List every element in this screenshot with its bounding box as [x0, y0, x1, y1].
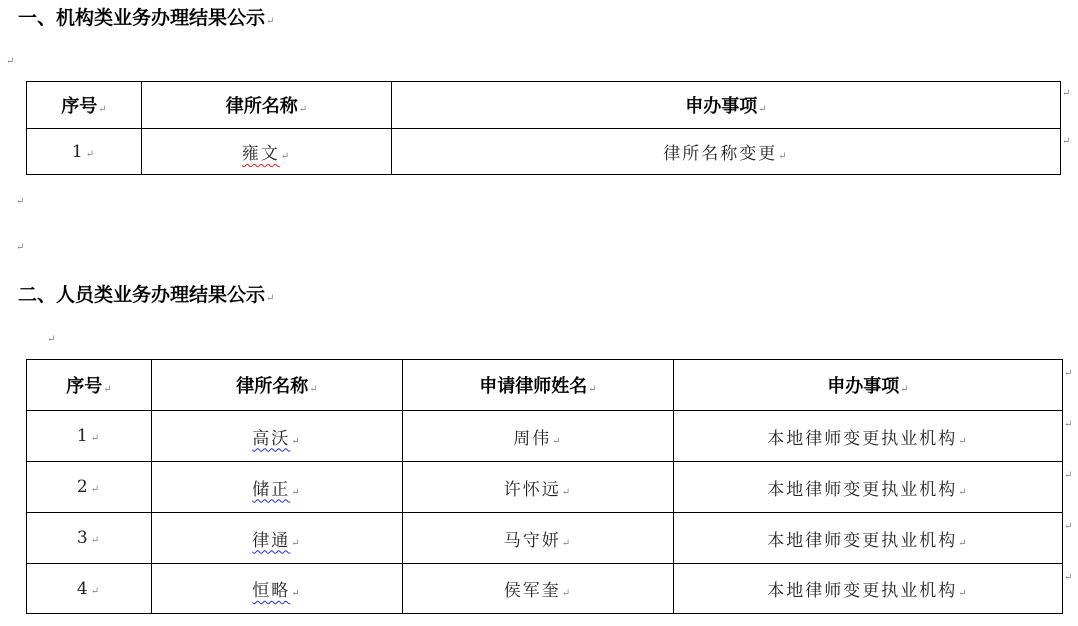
- section1-heading-text: 一、机构类业务办理结果公示: [18, 7, 265, 29]
- cell-matter: 本地律师变更执业机构↵: [674, 564, 1063, 614]
- paragraph-mark-icon: ↵: [16, 196, 24, 207]
- table-row: 2↵ 储正↵ 许怀远↵ 本地律师变更执业机构↵: [27, 462, 1063, 513]
- cell-lawyer: 侯军奎↵: [403, 564, 674, 614]
- cell-firm: 储正↵: [152, 462, 403, 513]
- paragraph-mark-icon: ↵: [266, 16, 274, 27]
- header-matter: 申办事项↵: [674, 360, 1063, 411]
- table-row: 4↵ 恒略↵ 侯军奎↵ 本地律师变更执业机构↵: [27, 564, 1063, 614]
- header-firm: 律所名称↵: [152, 360, 403, 411]
- cell-lawyer: 马守妍↵: [403, 513, 674, 564]
- cell-firm: 高沃↵: [152, 411, 403, 462]
- row-end-mark-icon: ↵: [1064, 521, 1072, 532]
- paragraph-mark-icon: ↵: [16, 242, 24, 253]
- cell-no: 2↵: [27, 462, 152, 513]
- cell-firm: 雍文↵: [142, 129, 392, 175]
- cell-matter: 本地律师变更执业机构↵: [674, 513, 1063, 564]
- header-lawyer: 申请律师姓名↵: [403, 360, 674, 411]
- section2-heading: 二、人员类业务办理结果公示↵: [18, 280, 274, 307]
- row-end-mark-icon: ↵: [1064, 368, 1072, 379]
- paragraph-mark-icon: ↵: [6, 56, 14, 67]
- header-matter: 申办事项↵: [392, 82, 1061, 129]
- cell-matter: 本地律师变更执业机构↵: [674, 411, 1063, 462]
- header-no: 序号↵: [27, 360, 152, 411]
- row-end-mark-icon: ↵: [1064, 470, 1072, 481]
- row-end-mark-icon: ↵: [1064, 572, 1072, 583]
- table-row: 1↵ 雍文↵ 律所名称变更↵: [27, 129, 1061, 175]
- header-firm: 律所名称↵: [142, 82, 392, 129]
- table-row: 3↵ 律通↵ 马守妍↵ 本地律师变更执业机构↵: [27, 513, 1063, 564]
- table-header-row: 序号↵ 律所名称↵ 申请律师姓名↵ 申办事项↵: [27, 360, 1063, 411]
- row-end-mark-icon: ↵: [1064, 419, 1072, 430]
- personnel-results-table: 序号↵ 律所名称↵ 申请律师姓名↵ 申办事项↵ 1↵ 高沃↵ 周伟↵ 本地律师变…: [26, 359, 1063, 614]
- row-end-mark-icon: ↵: [1062, 88, 1070, 99]
- paragraph-mark-icon: ↵: [47, 334, 55, 345]
- cell-lawyer: 许怀远↵: [403, 462, 674, 513]
- header-no: 序号↵: [27, 82, 142, 129]
- cell-no: 1↵: [27, 411, 152, 462]
- section1-heading: 一、机构类业务办理结果公示↵: [18, 3, 274, 30]
- cell-firm: 恒略↵: [152, 564, 403, 614]
- cell-no: 3↵: [27, 513, 152, 564]
- table-header-row: 序号↵ 律所名称↵ 申办事项↵: [27, 82, 1061, 129]
- paragraph-mark-icon: ↵: [266, 293, 274, 304]
- cell-matter: 本地律师变更执业机构↵: [674, 462, 1063, 513]
- cell-lawyer: 周伟↵: [403, 411, 674, 462]
- cell-firm: 律通↵: [152, 513, 403, 564]
- institution-results-table: 序号↵ 律所名称↵ 申办事项↵ 1↵ 雍文↵ 律所名称变更↵: [26, 81, 1061, 175]
- cell-no: 1↵: [27, 129, 142, 175]
- cell-matter: 律所名称变更↵: [392, 129, 1061, 175]
- cell-no: 4↵: [27, 564, 152, 614]
- section2-heading-text: 二、人员类业务办理结果公示: [18, 284, 265, 306]
- table-row: 1↵ 高沃↵ 周伟↵ 本地律师变更执业机构↵: [27, 411, 1063, 462]
- row-end-mark-icon: ↵: [1062, 136, 1070, 147]
